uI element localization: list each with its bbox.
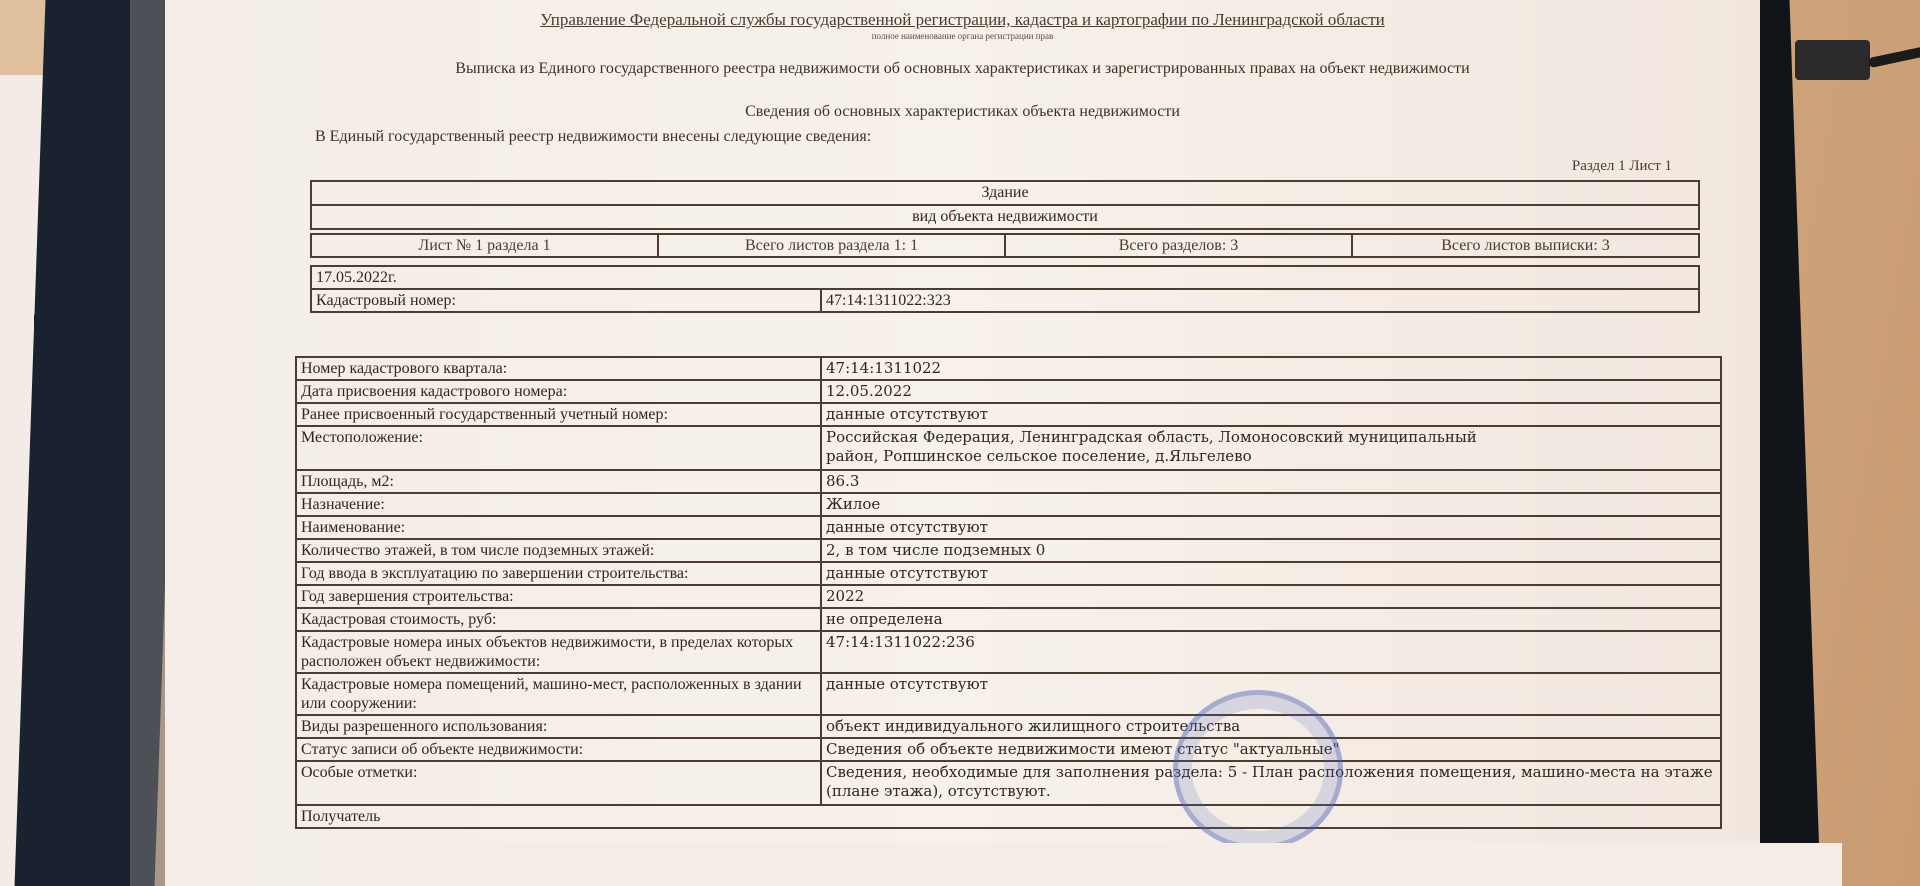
table-row: Год ввода в эксплуатацию по завершении с… — [296, 562, 1721, 585]
details-table: Номер кадастрового квартала:47:14:131102… — [295, 356, 1722, 829]
table-row: Дата присвоения кадастрового номера:12.0… — [296, 380, 1721, 403]
object-kind-caption: вид объекта недвижимости — [311, 205, 1699, 229]
table-row: Площадь, м2:86.3 — [296, 470, 1721, 493]
cadastral-number-label: Кадастровый номер: — [311, 289, 821, 312]
cadastral-number-value: 47:14:1311022:323 — [821, 289, 1699, 312]
sheets-table: Лист № 1 раздела 1 Всего листов раздела … — [310, 233, 1700, 258]
table-row: Количество этажей, в том числе подземных… — [296, 539, 1721, 562]
table-row: Кадастровые номера иных объектов недвижи… — [296, 631, 1721, 673]
table-row: Кадастровая стоимость, руб:не определена — [296, 608, 1721, 631]
intro-text: В Единый государственный реестр недвижим… — [315, 128, 871, 146]
document-title: Выписка из Единого государственного реес… — [165, 60, 1760, 78]
total-sections: Всего разделов: 3 — [1005, 234, 1352, 257]
total-section-sheets: Всего листов раздела 1: 1 — [658, 234, 1005, 257]
table-row: Назначение:Жилое — [296, 493, 1721, 516]
table-row: Получатель — [296, 805, 1721, 828]
document-page: Управление Федеральной службы государств… — [165, 0, 1760, 886]
official-stamp — [1173, 690, 1343, 850]
organization-caption: полное наименование органа регистрации п… — [165, 31, 1760, 41]
cadastral-table: 17.05.2022г. Кадастровый номер: 47:14:13… — [310, 265, 1700, 313]
document-subtitle: Сведения об основных характеристиках объ… — [165, 103, 1760, 121]
table-row: Кадастровые номера помещений, машино-мес… — [296, 673, 1721, 715]
object-kind: Здание — [311, 181, 1699, 205]
table-row: Год завершения строительства:2022 — [296, 585, 1721, 608]
extract-date: 17.05.2022г. — [311, 266, 1699, 289]
table-row: Ранее присвоенный государственный учетны… — [296, 403, 1721, 426]
usb-plug — [1795, 40, 1870, 80]
table-row: Номер кадастрового квартала:47:14:131102… — [296, 357, 1721, 380]
table-row: Особые отметки:Сведения, необходимые для… — [296, 761, 1721, 805]
object-kind-table: Здание вид объекта недвижимости — [310, 180, 1700, 230]
table-row: Виды разрешенного использования:объект и… — [296, 715, 1721, 738]
organization-name: Управление Федеральной службы государств… — [165, 10, 1760, 30]
recipient-label: Получатель — [296, 805, 1721, 828]
section-sheet-label: Раздел 1 Лист 1 — [1572, 158, 1672, 175]
table-row: Статус записи об объекте недвижимости:Св… — [296, 738, 1721, 761]
total-extract-sheets: Всего листов выписки: 3 — [1352, 234, 1699, 257]
table-row: Наименование:данные отсутствуют — [296, 516, 1721, 539]
folded-paper-overlay — [487, 843, 1842, 886]
sheet-number: Лист № 1 раздела 1 — [311, 234, 658, 257]
table-row: Местоположение:Российская Федерация, Лен… — [296, 426, 1721, 470]
